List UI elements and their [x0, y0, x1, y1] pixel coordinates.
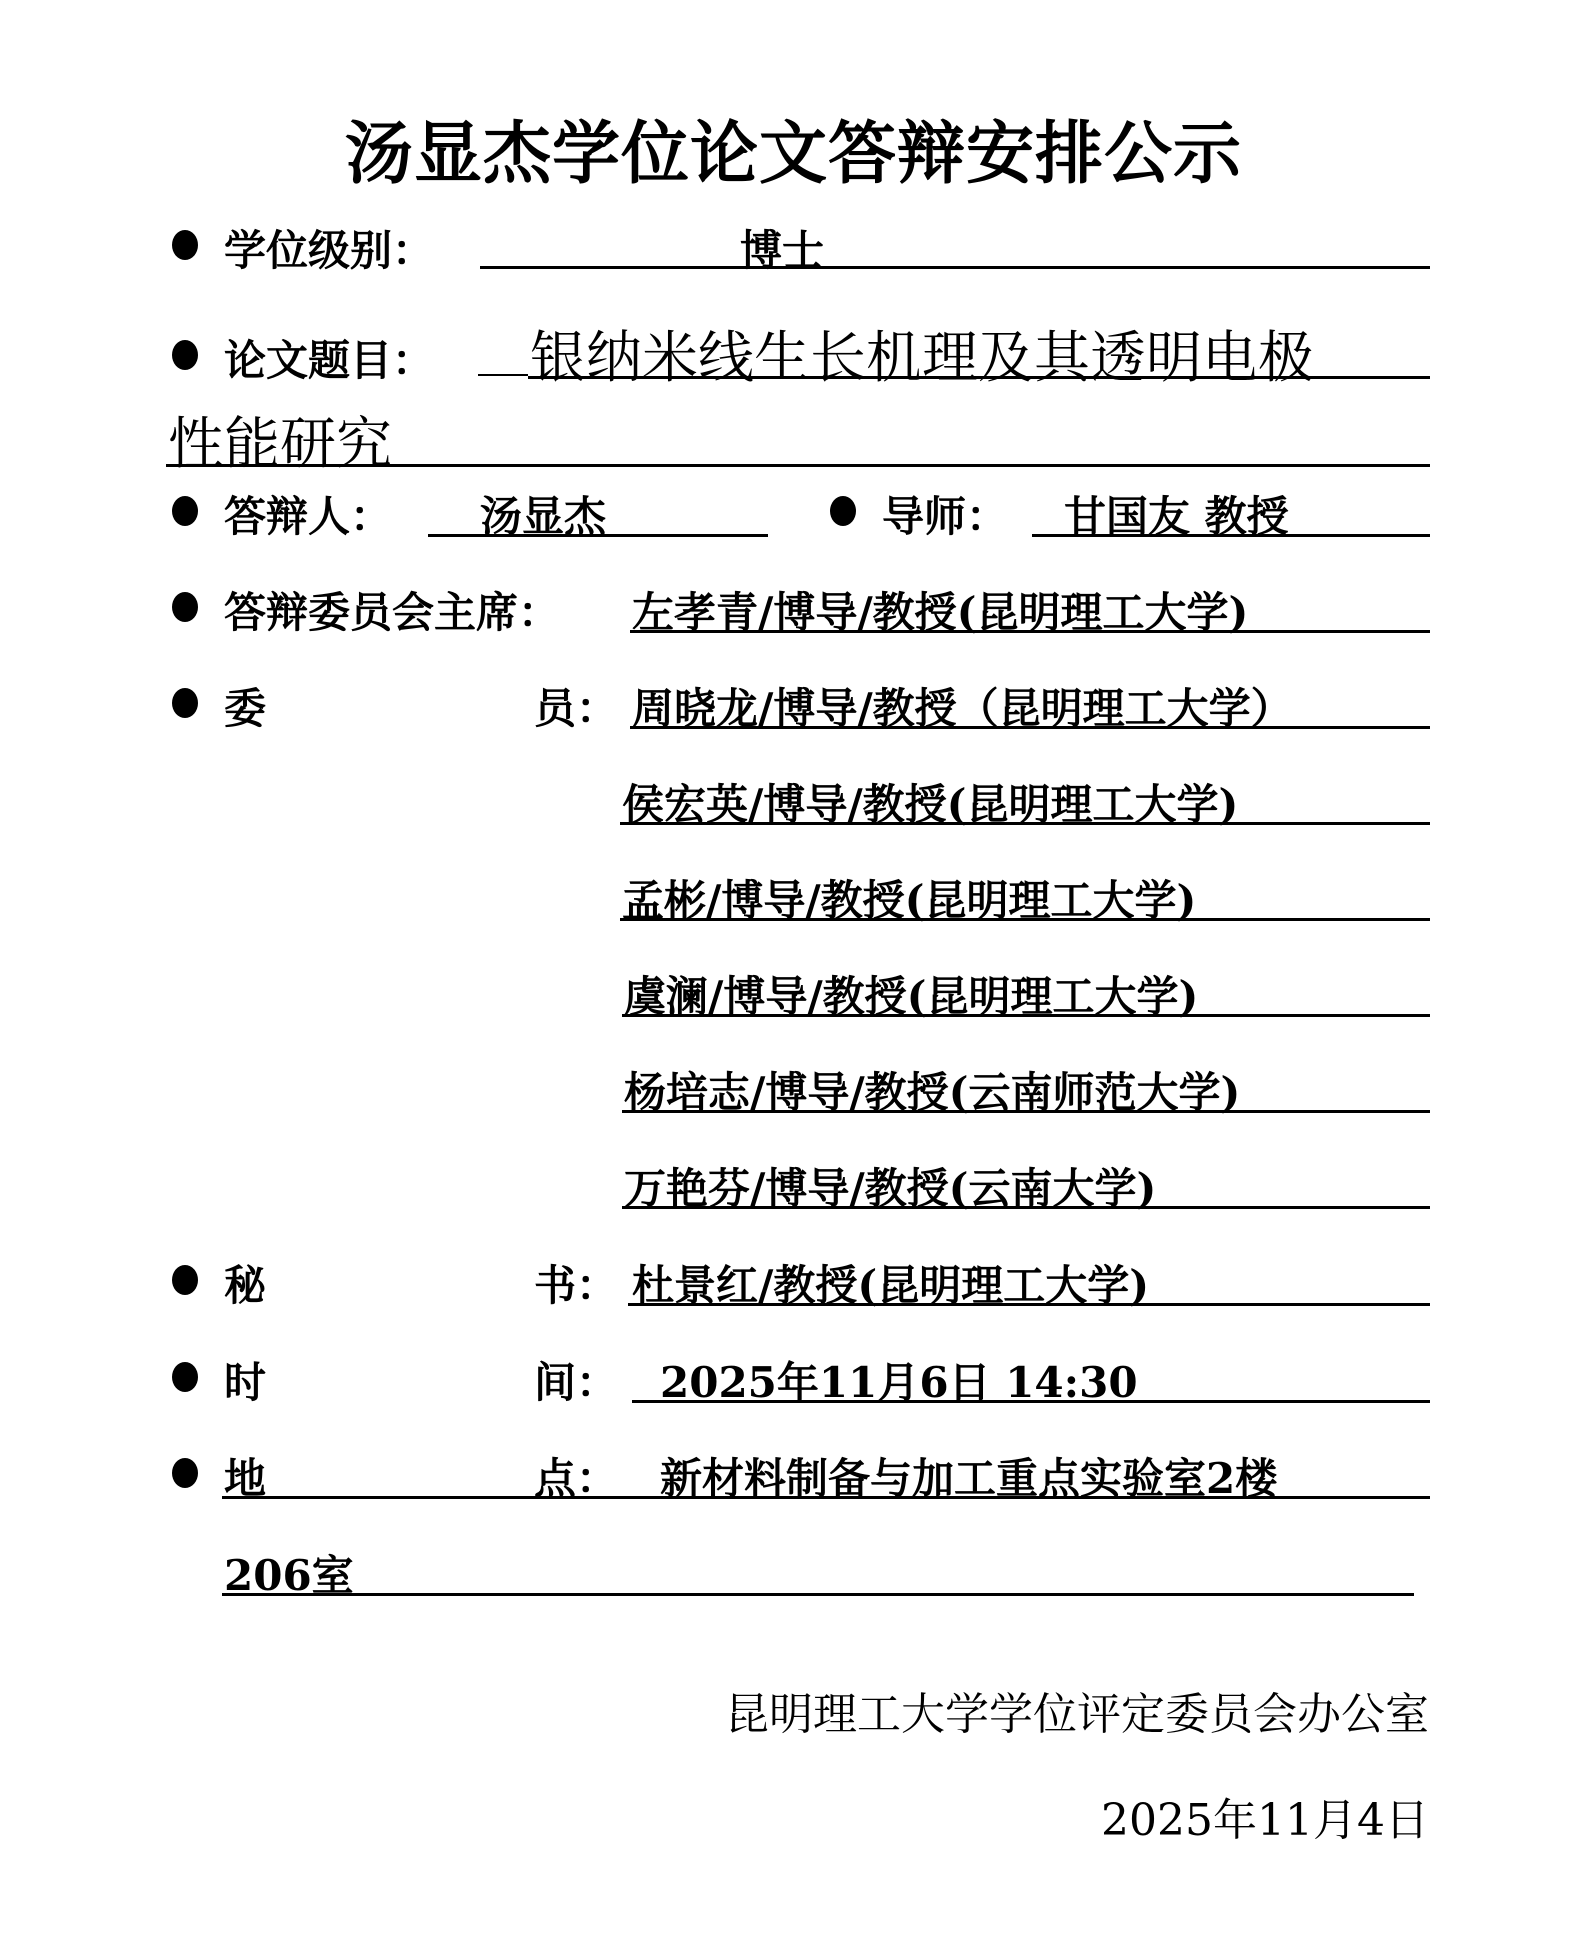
member-row: 侯宏英/博导/教授(昆明理工大学) [0, 770, 1587, 830]
place-row: 地 点： 新材料制备与加工重点实验室2楼 [0, 1444, 1587, 1504]
bullet-icon [172, 1458, 198, 1488]
time-row: 时 间： 2025年11月6日 14:30 [0, 1348, 1587, 1408]
time-label-b: 间： [534, 1350, 618, 1410]
thesis-label: 论文题目： [224, 328, 434, 388]
bullet-icon [172, 688, 198, 718]
degree-label: 学位级别： [224, 218, 434, 278]
thesis-underline-1 [528, 376, 1430, 379]
bullet-icon [172, 1265, 198, 1295]
degree-row: 学位级别： 博士 [0, 216, 1587, 276]
member-underline [622, 1014, 1430, 1017]
chair-underline [630, 630, 1430, 633]
member-underline [620, 822, 1430, 825]
member-row: 虞澜/博导/教授(昆明理工大学) [0, 962, 1587, 1022]
thesis-row-2: 性能研究 [0, 400, 1587, 470]
member-underline [622, 1110, 1430, 1113]
time-label-a: 时 [224, 1350, 266, 1410]
member-underline [622, 1206, 1430, 1209]
secretary-label-a: 秘 [224, 1253, 266, 1313]
defender-row: 答辩人： 汤显杰 导师： 甘国友 教授 [0, 482, 1587, 542]
document-title: 汤显杰学位论文答辩安排公示 [0, 100, 1587, 197]
advisor-label: 导师： [882, 484, 1008, 544]
thesis-underline-2 [166, 464, 1430, 467]
member-row: 孟彬/博导/教授(昆明理工大学) [0, 866, 1587, 926]
place-underline-1 [222, 1496, 1430, 1499]
secretary-row: 秘 书： 杜景红/教授(昆明理工大学) [0, 1251, 1587, 1311]
advisor-underline [1032, 534, 1430, 537]
issuer: 昆明理工大学学位评定委员会办公室 [725, 1678, 1429, 1742]
secretary-underline [628, 1303, 1430, 1306]
bullet-icon [830, 496, 856, 526]
thesis-title-line2: 性能研究 [168, 400, 392, 480]
member-row: 杨培志/博导/教授(云南师范大学) [0, 1058, 1587, 1118]
secretary-label-b: 书： [534, 1253, 618, 1313]
degree-underline [480, 266, 1430, 269]
bullet-icon [172, 1362, 198, 1392]
issue-date: 2025年11月4日 [1101, 1784, 1429, 1848]
thesis-title-line1: 银纳米线生长机理及其透明电极 [530, 314, 1314, 394]
bullet-icon [172, 230, 198, 260]
members-label-a: 委 [224, 676, 266, 736]
place-row-2: 206室 [0, 1541, 1587, 1601]
members-row: 委 员： 周晓龙/博导/教授（昆明理工大学） [0, 674, 1587, 734]
place-underline-2 [222, 1593, 1414, 1596]
member-row: 万艳芬/博导/教授(云南大学) [0, 1154, 1587, 1214]
member-underline [620, 918, 1430, 921]
members-label-b: 员： [534, 676, 618, 736]
time-underline [632, 1400, 1430, 1403]
chair-label: 答辩委员会主席： [224, 580, 560, 640]
thesis-underline-lead [478, 374, 528, 376]
defender-label: 答辩人： [224, 484, 392, 544]
member-underline [630, 726, 1430, 729]
thesis-row: 论文题目： 银纳米线生长机理及其透明电极 [0, 318, 1587, 388]
degree-value: 博士 [740, 218, 824, 278]
chair-row: 答辩委员会主席： 左孝青/博导/教授(昆明理工大学) [0, 578, 1587, 638]
bullet-icon [172, 496, 198, 526]
bullet-icon [172, 340, 198, 370]
bullet-icon [172, 592, 198, 622]
defender-underline [428, 534, 768, 537]
